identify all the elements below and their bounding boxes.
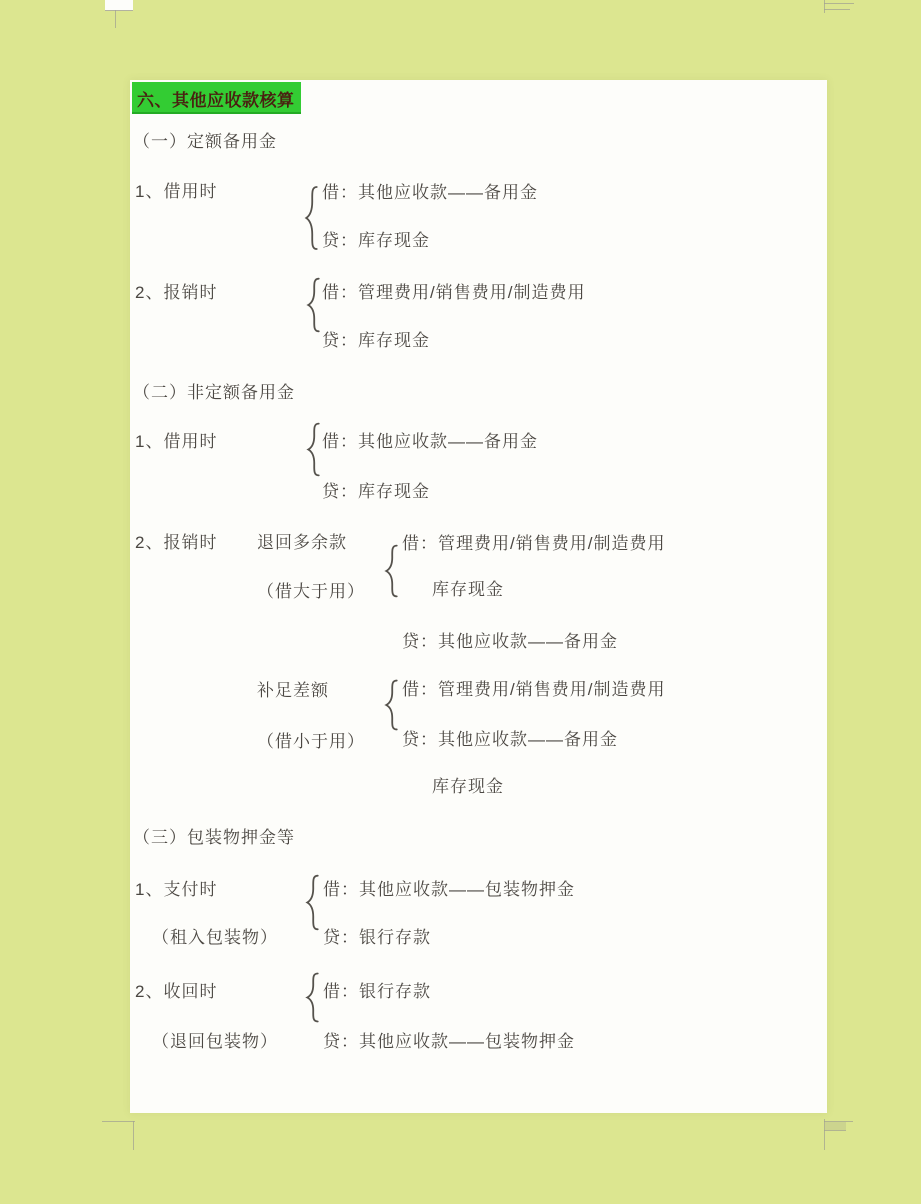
crop-mark-bottom-left (102, 1121, 135, 1122)
page-title: 六、其他应收款核算 (132, 82, 301, 114)
crop-mark-bottom-left (133, 1121, 134, 1150)
section3-entry1-credit: 贷：银行存款 (323, 927, 431, 949)
section3-entry1-condition: （租入包装物） (152, 927, 278, 949)
crop-mark-top-right (824, 9, 850, 10)
section2-case1-debit-extra: 库存现金 (432, 579, 504, 601)
crop-mark-bottom-right (824, 1130, 846, 1131)
curly-brace (306, 422, 321, 477)
curly-brace (305, 874, 320, 931)
curly-brace (384, 544, 399, 598)
section2-case2-debit: 借：管理费用/销售费用/制造费用 (402, 679, 665, 701)
section1-entry2-debit: 借：管理费用/销售费用/制造费用 (322, 282, 585, 304)
notes-page: 六、其他应收款核算 （一）定额备用金 1、借用时 借：其他应收款——备用金 贷：… (130, 80, 827, 1113)
section1-entry1-credit: 贷：库存现金 (322, 230, 430, 252)
section2-case1-name: 退回多余款 (257, 532, 347, 554)
section3-heading: （三）包装物押金等 (133, 827, 295, 849)
section3-entry2-credit: 贷：其他应收款——包装物押金 (323, 1031, 575, 1053)
section2-entry1-credit: 贷：库存现金 (322, 481, 430, 503)
crop-mark-top-left (115, 10, 116, 28)
section2-entry2-label: 2、报销时 (135, 532, 217, 554)
section2-case2-condition: （借小于用） (257, 731, 365, 753)
section3-entry2-debit: 借：银行存款 (323, 981, 431, 1003)
photo-of-notes-page: { "colors": { "background": "#dce690", "… (0, 0, 921, 1204)
crop-mark-top-right (824, 3, 854, 4)
curly-brace (304, 185, 319, 251)
section2-case2-credit: 贷：其他应收款——备用金 (402, 729, 618, 751)
crop-mark-bottom-right-fill (825, 1122, 846, 1130)
crop-mark-top-left-notch (105, 0, 133, 11)
section2-case1-condition: （借大于用） (257, 581, 365, 603)
curly-brace (305, 972, 320, 1023)
section2-case1-debit: 借：管理费用/销售费用/制造费用 (402, 533, 665, 555)
section3-entry1-debit: 借：其他应收款——包装物押金 (323, 879, 575, 901)
section2-entry1-label: 1、借用时 (135, 431, 217, 453)
section2-heading: （二）非定额备用金 (133, 382, 295, 404)
section3-entry2-label: 2、收回时 (135, 981, 217, 1003)
section2-case2-name: 补足差额 (257, 680, 329, 702)
section3-entry1-label: 1、支付时 (135, 879, 217, 901)
curly-brace (384, 679, 399, 731)
crop-mark-top-right (824, 0, 825, 13)
section2-entry1-debit: 借：其他应收款——备用金 (322, 431, 538, 453)
curly-brace (306, 277, 321, 333)
section2-case1-credit: 贷：其他应收款——备用金 (402, 631, 618, 653)
section1-entry1-debit: 借：其他应收款——备用金 (322, 182, 538, 204)
section2-case2-credit-extra: 库存现金 (432, 776, 504, 798)
section3-entry2-condition: （退回包装物） (152, 1031, 278, 1053)
section1-entry1-label: 1、借用时 (135, 181, 217, 203)
section1-entry2-label: 2、报销时 (135, 282, 217, 304)
section1-heading: （一）定额备用金 (133, 131, 277, 153)
section1-entry2-credit: 贷：库存现金 (322, 330, 430, 352)
